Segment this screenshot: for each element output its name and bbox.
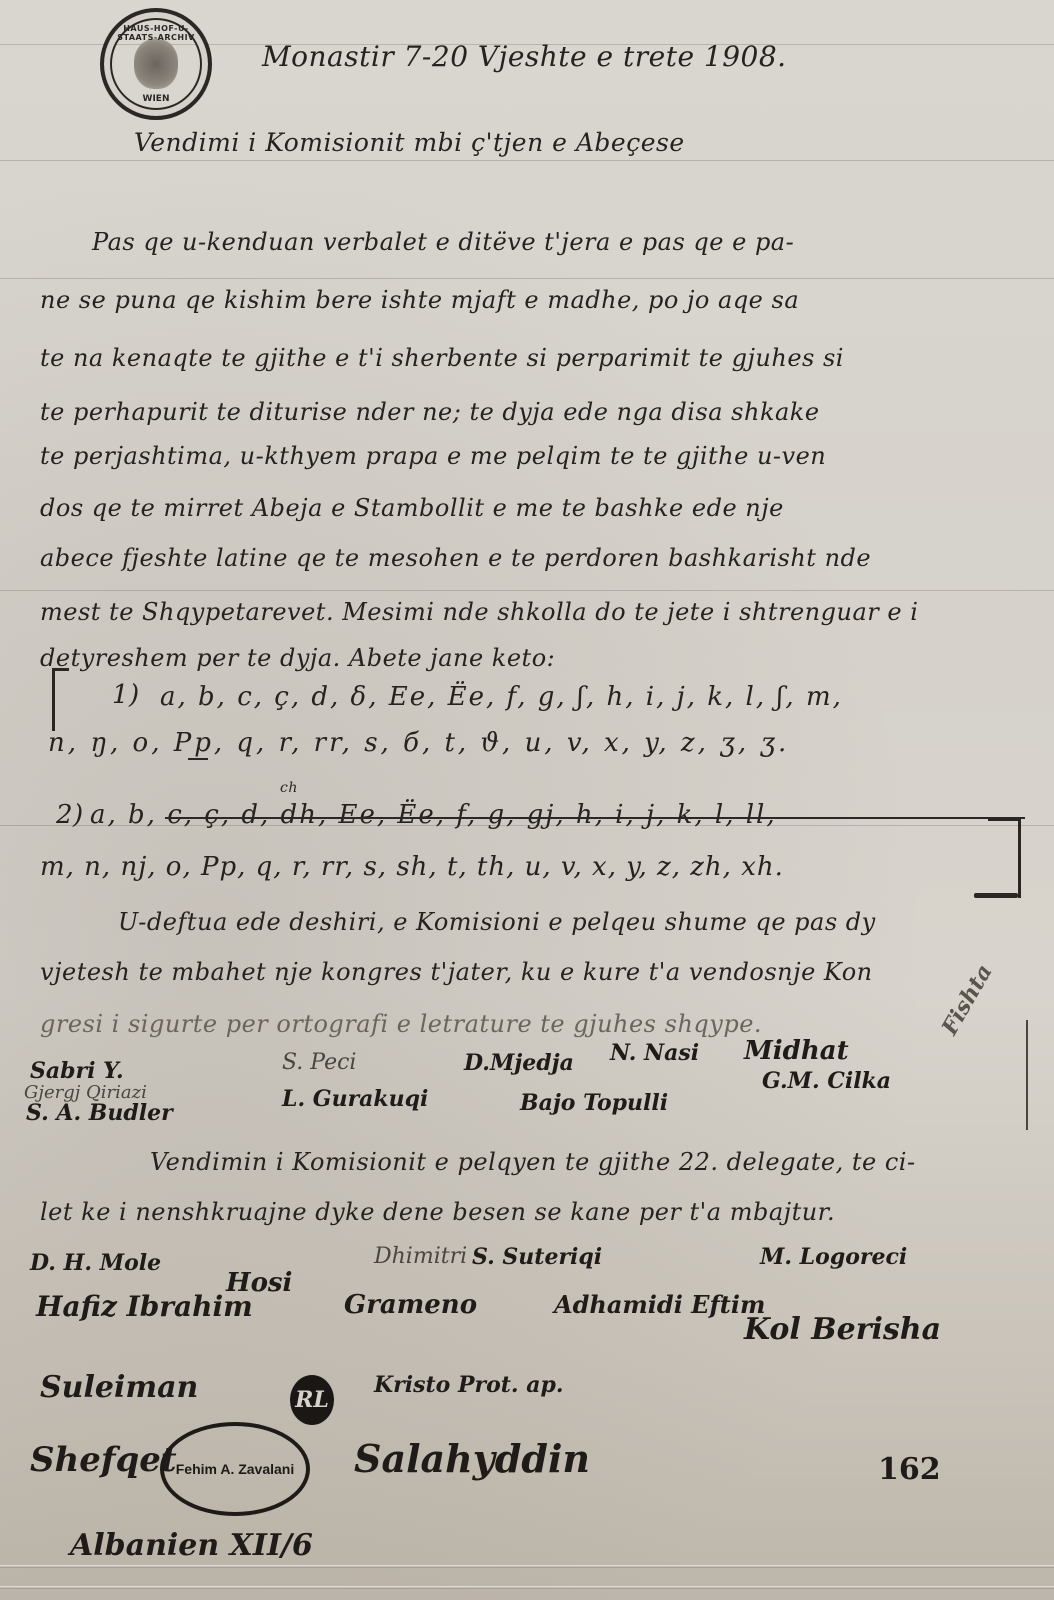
page-number: 162 [878, 1452, 941, 1487]
signature-eftim: Adhamidi Eftim [554, 1290, 765, 1319]
body-line-8: mest te Shqypetarevet. Mesimi nde shkoll… [40, 598, 918, 626]
signature-kristo: Kristo Prot. ap. [374, 1372, 564, 1398]
signature-topulli: Bajo Topulli [520, 1090, 668, 1116]
stamp-top-text: HAUS-HOF-U-STAATS-ARCHIV [104, 24, 208, 42]
document-date-header: Monastir 7-20 Vjeshte e trete 1908. [262, 40, 787, 73]
alphabet-2-line-b: m, n, nj, o, Pp, q, r, rr, s, sh, t, th,… [40, 852, 784, 882]
ratification-line-1: Vendimin i Komisionit e pelqyen te gjith… [150, 1148, 916, 1176]
zavalani-stamp-text: Fehim A. Zavalani [176, 1461, 295, 1477]
document-title: Vendimi i Komisionit mbi ç'tjen e Abeçes… [134, 128, 685, 157]
page-fold-line [0, 1565, 1054, 1568]
ruled-line [0, 160, 1054, 161]
rr-underline [188, 758, 208, 760]
signature-cilka: G.M. Cilka [762, 1068, 891, 1094]
body-line-3: te na kenaqte te gjithe e t'i sherbente … [40, 344, 844, 372]
body-line-5: te perjashtima, u-kthyem prapa e me pelq… [40, 442, 826, 470]
signature-hosi: Hosi [226, 1268, 292, 1298]
monogram-text: RL [295, 1387, 329, 1413]
signature-budler: S. A. Budler [26, 1100, 173, 1126]
alphabet-2-label: 2) [56, 800, 84, 830]
alphabet-1-label: 1) [112, 680, 140, 710]
signature-suleiman: Suleiman [40, 1370, 198, 1405]
ruled-line [0, 278, 1054, 279]
signature-sabri: Sabri Y. [30, 1058, 124, 1084]
signature-peci: S. Peci [282, 1050, 356, 1075]
signature-dhimitri: Dhimitri [374, 1244, 467, 1269]
zavalani-stamp: Fehim A. Zavalani [160, 1422, 310, 1516]
monogram-seal-icon: RL [290, 1375, 334, 1425]
signature-salahyddin: Salahyddin [354, 1436, 590, 1481]
alphabet-1-bracket [52, 668, 69, 731]
body-line-4: te perhapurit te diturise nder ne; te dy… [40, 398, 820, 426]
signature-hafiz: Hafiz Ibrahim [36, 1290, 253, 1323]
body-line-6: dos qe te mirret Abeja e Stambollit e me… [40, 494, 784, 522]
archive-note: Albanien XII/6 [70, 1528, 313, 1563]
closing-line-2: vjetesh te mbahet nje kongres t'jater, k… [40, 958, 873, 986]
signature-shefqet: Shefqet [30, 1440, 177, 1480]
archive-stamp: HAUS-HOF-U-STAATS-ARCHIV WIEN [100, 8, 212, 120]
alphabet-2-strikethrough [165, 817, 1025, 819]
ratification-line-2: let ke i nenshkruajne dyke dene besen se… [40, 1198, 835, 1226]
signature-nasi: N. Nasi [610, 1040, 699, 1066]
signature-mjedja: D.Mjedja [464, 1050, 574, 1076]
alphabet-1-line-b: n, ŋ, o, Pp, q, r, rr, s, б, t, ϑ, u, v,… [48, 728, 789, 758]
closing-line-1: U-deftua ede deshiri, e Komisioni e pelq… [118, 908, 876, 936]
signature-gurakuqi: L. Gurakuqi [282, 1086, 428, 1112]
body-line-1: Pas qe u-kenduan verbalet e ditëve t'jer… [92, 228, 794, 256]
closing-line-3: gresi i sigurte per ortografi e letratur… [40, 1010, 762, 1038]
body-line-2: ne se puna qe kishim bere ishte mjaft e … [40, 286, 799, 314]
alphabet-2-annotation: ch [280, 780, 298, 796]
alphabet-2-line-a: a, b, c, ç, d, dh, Ee, Ëe, f, g, gj, h, … [90, 800, 777, 830]
page-fold-line [0, 1586, 1054, 1589]
alphabet-1-line-a: a, b, c, ç, d, δ, Ee, Ëe, f, g, ʃ, h, i,… [160, 682, 843, 712]
signature-berisha: Kol Berisha [744, 1312, 941, 1347]
signature-mole: D. H. Mole [30, 1250, 161, 1276]
signature-logoreci: M. Logoreci [760, 1244, 907, 1270]
signature-midhat: Midhat [744, 1036, 849, 1066]
stamp-bottom-text: WIEN [104, 94, 208, 104]
alphabet-2-bracket [988, 818, 1021, 898]
signature-box-edge [1026, 1020, 1028, 1130]
body-line-7: abece fjeshte latine qe te mesohen e te … [40, 544, 871, 572]
signature-suteriqi: S. Suteriqi [472, 1244, 602, 1270]
body-line-9: detyreshem per te dyja. Abete jane keto: [40, 644, 555, 672]
ruled-line [0, 590, 1054, 591]
signature-grameno: Grameno [344, 1290, 477, 1320]
stamp-emblem-icon [134, 39, 178, 89]
